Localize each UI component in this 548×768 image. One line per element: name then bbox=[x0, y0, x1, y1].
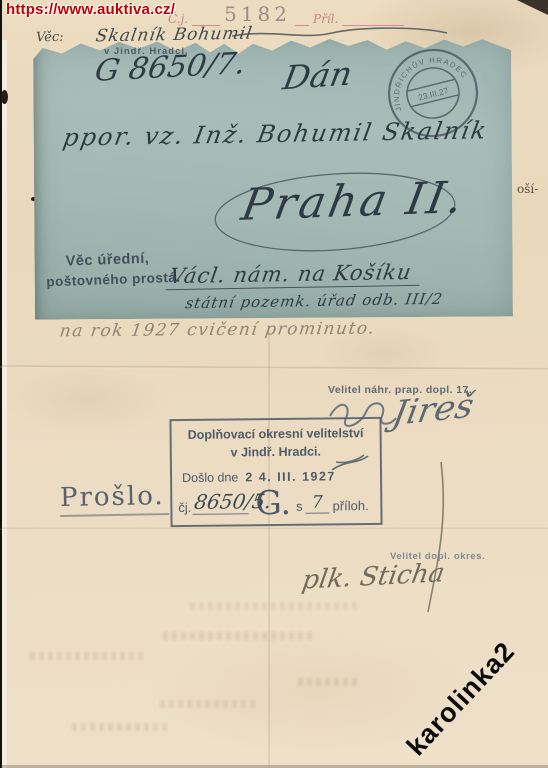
official-franchise-stamp: Věc úřední, poštovného prostá. bbox=[45, 249, 181, 291]
subject-label: Věc: bbox=[36, 30, 64, 45]
stamp-cj-label: čj. bbox=[178, 500, 191, 515]
pencil-note: na rok 1927 cvičení prominuto. bbox=[58, 319, 376, 342]
form-blank-line bbox=[342, 11, 404, 26]
proslo-stamp: Prošlo. bbox=[60, 481, 169, 517]
paper-left-margin bbox=[2, 40, 7, 768]
bleed-through-line bbox=[160, 700, 255, 708]
stamp-attachments-value: 7 bbox=[305, 495, 329, 514]
arrival-stamp-ref-row: čj. 8650/5. G. s 7 příloh. bbox=[178, 489, 369, 515]
stamp-s-label: s bbox=[296, 499, 303, 514]
received-label: Došlo dne bbox=[182, 470, 238, 485]
arrival-stamp-place: v Jindř. Hradci. bbox=[172, 444, 380, 460]
auction-site-watermark: https://www.auktiva.cz/ bbox=[6, 1, 175, 18]
fold-crease bbox=[0, 527, 548, 530]
form-cj-value: 5182 bbox=[224, 2, 291, 26]
form-pril-label: Příl. bbox=[313, 12, 338, 26]
bleed-through-line bbox=[190, 602, 360, 610]
bleed-through-line bbox=[163, 632, 313, 640]
bleed-through-line bbox=[298, 678, 360, 686]
address-line-2: Praha II. bbox=[238, 172, 470, 231]
subject-value: Skalník Bohumil bbox=[94, 24, 254, 47]
envelope-note-word: Dán bbox=[280, 54, 355, 98]
arrival-stamp-box: Doplňovací okresní velitelství v Jindř. … bbox=[169, 417, 382, 527]
bleed-through-line bbox=[30, 652, 145, 660]
form-blank-line bbox=[295, 11, 309, 26]
ink-speck bbox=[1, 90, 8, 104]
bleed-through-line bbox=[72, 723, 170, 731]
stamp-attachments-label: příloh. bbox=[332, 498, 368, 513]
address-line-3: Václ. nám. na Košíku bbox=[166, 260, 424, 290]
form-header-line: Č.j. 5182 Příl. bbox=[168, 2, 404, 26]
arrival-stamp-title: Doplňovací okresní velitelství bbox=[172, 426, 380, 442]
scanned-document-photo: JINDŘICHŮV HRADEC 23.III.27 https://www.… bbox=[0, 0, 548, 768]
margin-text-fragment: oší- bbox=[517, 182, 538, 196]
stamp-cj-value: 8650/5. bbox=[192, 492, 252, 516]
fold-crease bbox=[268, 330, 270, 768]
